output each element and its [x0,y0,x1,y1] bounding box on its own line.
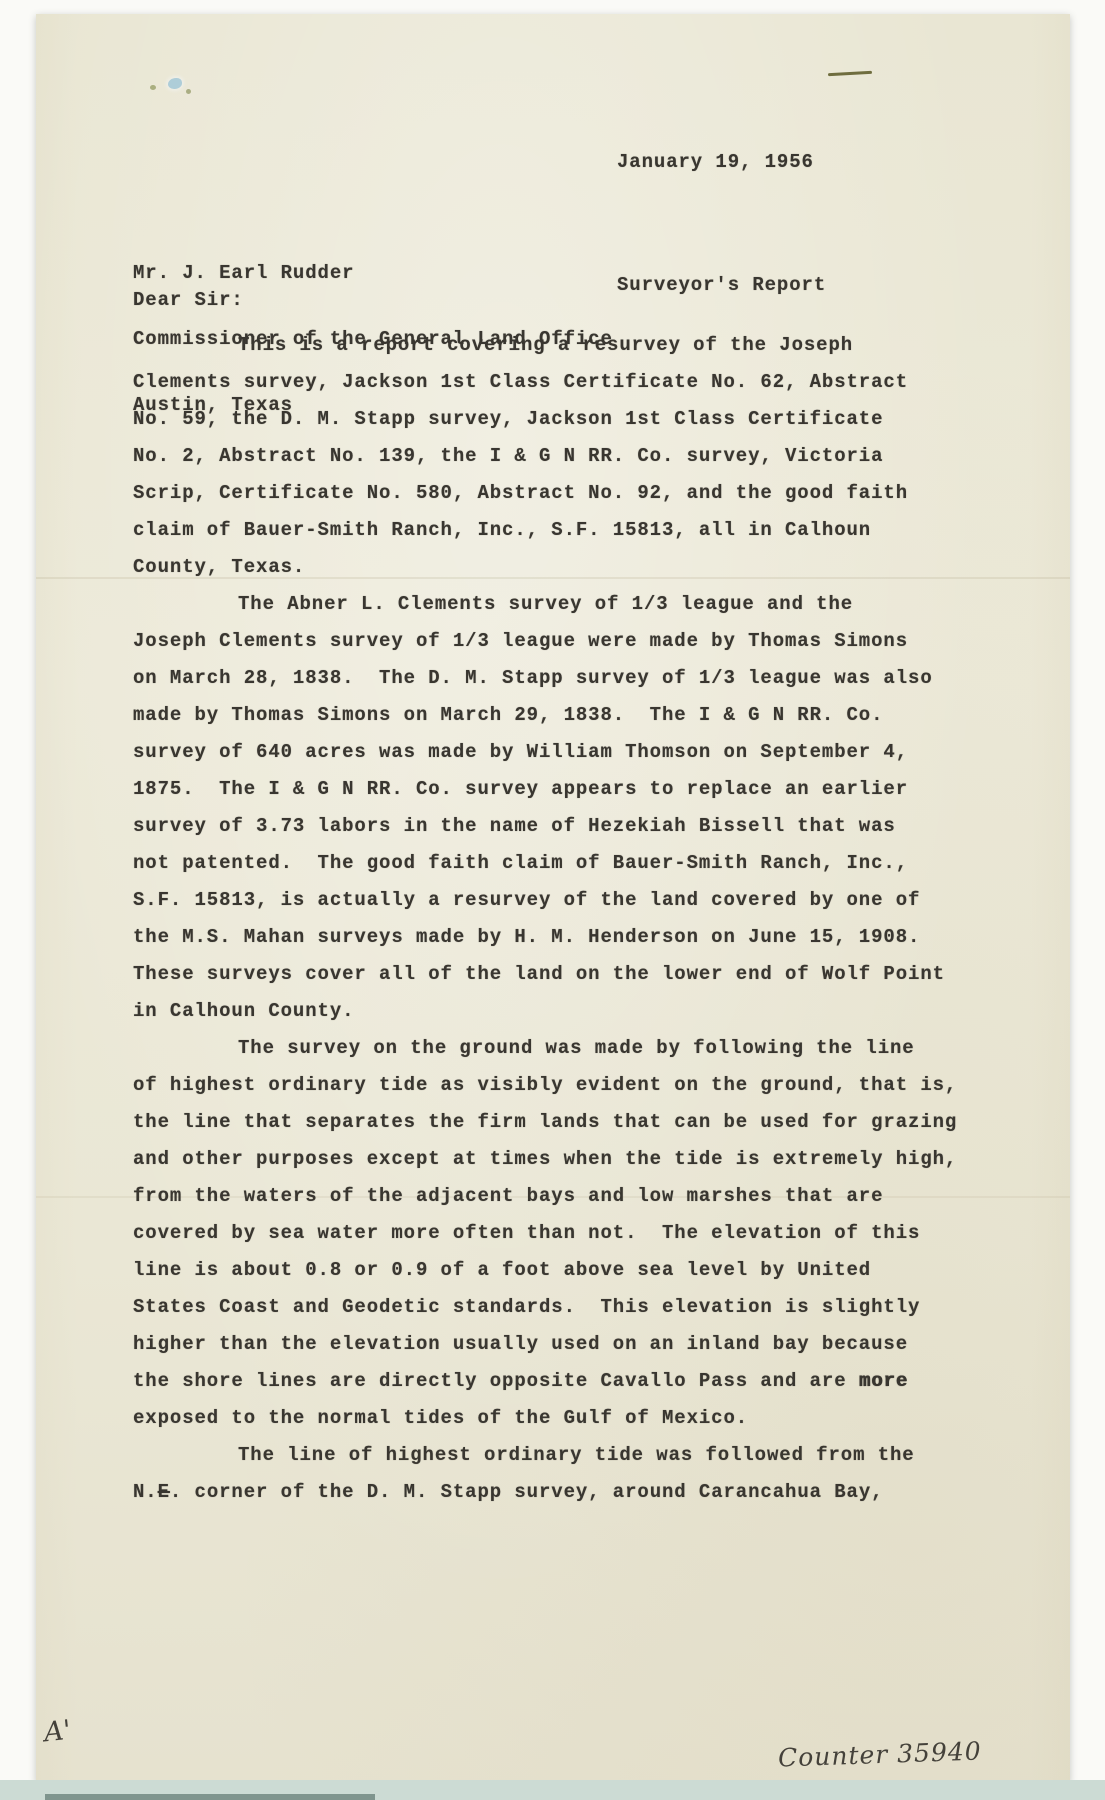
text-segment: Clements survey, Jackson 1st Class Certi… [133,371,908,393]
text-line: from the waters of the adjacent bays and… [133,1185,957,1222]
text-line: in Calhoun County. [133,1000,957,1037]
text-line: Joseph Clements survey of 1/3 league wer… [133,630,957,667]
text-segment: from the waters of the adjacent bays and… [133,1185,883,1207]
text-segment: These surveys cover all of the land on t… [133,963,945,985]
text-segment: and other purposes except at times when … [133,1148,957,1170]
text-segment: N. [133,1481,158,1503]
text-line: Scrip, Certificate No. 580, Abstract No.… [133,482,957,519]
text-segment: States Coast and Geodetic standards. Thi… [133,1296,920,1318]
scanned-document-page: { "document": { "date": "January 19, 195… [0,0,1105,1800]
text-line: on March 28, 1838. The D. M. Stapp surve… [133,667,957,704]
text-line: the shore lines are directly opposite Ca… [133,1370,957,1407]
text-segment: not patented. The good faith claim of Ba… [133,852,908,874]
text-segment: exposed to the normal tides of the Gulf … [133,1407,748,1429]
handwritten-dash-mark [828,71,872,76]
text-line: No. 2, Abstract No. 139, the I & G N RR.… [133,445,957,482]
text-segment: of highest ordinary tide as visibly evid… [133,1074,957,1096]
text-segment: the M.S. Mahan surveys made by H. M. Hen… [133,926,920,948]
text-segment-overstrike: more [859,1370,908,1392]
letter-body: This is a report covering a resurvey of … [133,334,957,1518]
text-line: of highest ordinary tide as visibly evid… [133,1074,957,1111]
text-line: S.F. 15813, is actually a resurvey of th… [133,889,957,926]
paragraph: The Abner L. Clements survey of 1/3 leag… [133,593,957,1037]
text-segment: No. 2, Abstract No. 139, the I & G N RR.… [133,445,883,467]
handwritten-corner-mark: A' [42,1715,72,1749]
text-line: not patented. The good faith claim of Ba… [133,852,957,889]
text-segment: 1875. The I & G N RR. Co. survey appears… [133,778,908,800]
document-type-title: Surveyor's Report [617,265,826,306]
text-segment: No. 59, the D. M. Stapp survey, Jackson … [133,408,883,430]
text-line: These surveys cover all of the land on t… [133,963,957,1000]
text-line: This is a report covering a resurvey of … [133,334,957,371]
text-line: 1875. The I & G N RR. Co. survey appears… [133,778,957,815]
text-segment: claim of Bauer-Smith Ranch, Inc., S.F. 1… [133,519,871,541]
letter-date: January 19, 1956 [617,142,826,183]
text-line: The Abner L. Clements survey of 1/3 leag… [133,593,957,630]
text-line: line is about 0.8 or 0.9 of a foot above… [133,1259,957,1296]
text-segment: on March 28, 1838. The D. M. Stapp surve… [133,667,933,689]
text-line: claim of Bauer-Smith Ranch, Inc., S.F. 1… [133,519,957,556]
text-segment: Joseph Clements survey of 1/3 league wer… [133,630,908,652]
text-segment: survey of 640 acres was made by William … [133,741,908,763]
text-segment: survey of 3.73 labors in the name of Hez… [133,815,896,837]
text-line: The line of highest ordinary tide was fo… [133,1444,957,1481]
text-line: covered by sea water more often than not… [133,1222,957,1259]
text-segment-strike: E [158,1481,170,1503]
text-segment: S.F. 15813, is actually a resurvey of th… [133,889,920,911]
text-line: higher than the elevation usually used o… [133,1333,957,1370]
text-line: exposed to the normal tides of the Gulf … [133,1407,957,1444]
text-line: the M.S. Mahan surveys made by H. M. Hen… [133,926,957,963]
text-segment: Scrip, Certificate No. 580, Abstract No.… [133,482,908,504]
paragraph: The line of highest ordinary tide was fo… [133,1444,957,1518]
text-line: No. 59, the D. M. Stapp survey, Jackson … [133,408,957,445]
scanner-background-edge [45,1794,375,1800]
text-segment: The survey on the ground was made by fol… [238,1037,915,1059]
text-line: survey of 640 acres was made by William … [133,741,957,778]
recipient-name: Mr. J. Earl Rudder [133,262,613,284]
text-line: made by Thomas Simons on March 29, 1838.… [133,704,957,741]
paragraph: This is a report covering a resurvey of … [133,334,957,593]
text-line: survey of 3.73 labors in the name of Hez… [133,815,957,852]
text-segment: This is a report covering a resurvey of … [238,334,853,356]
text-line: County, Texas. [133,556,957,593]
text-segment: line is about 0.8 or 0.9 of a foot above… [133,1259,871,1281]
text-segment: in Calhoun County. [133,1000,354,1022]
text-line: Clements survey, Jackson 1st Class Certi… [133,371,957,408]
text-segment: the line that separates the firm lands t… [133,1111,957,1133]
letter-paper: January 19, 1956 Surveyor's Report Mr. J… [36,14,1070,1782]
text-segment: The Abner L. Clements survey of 1/3 leag… [238,593,853,615]
text-segment: the shore lines are directly opposite Ca… [133,1370,859,1392]
text-line: the line that separates the firm lands t… [133,1111,957,1148]
text-segment: covered by sea water more often than not… [133,1222,920,1244]
text-segment: County, Texas. [133,556,305,578]
text-line: States Coast and Geodetic standards. Thi… [133,1296,957,1333]
salutation: Dear Sir: [133,289,244,311]
text-segment: The line of highest ordinary tide was fo… [238,1444,915,1466]
text-line: N.E. corner of the D. M. Stapp survey, a… [133,1481,957,1518]
text-line: and other purposes except at times when … [133,1148,957,1185]
text-line: The survey on the ground was made by fol… [133,1037,957,1074]
handwritten-counter-number: Counter 35940 [778,1736,983,1772]
text-segment: made by Thomas Simons on March 29, 1838.… [133,704,883,726]
text-segment: higher than the elevation usually used o… [133,1333,908,1355]
text-segment: . corner of the D. M. Stapp survey, arou… [170,1481,884,1503]
paragraph: The survey on the ground was made by fol… [133,1037,957,1444]
